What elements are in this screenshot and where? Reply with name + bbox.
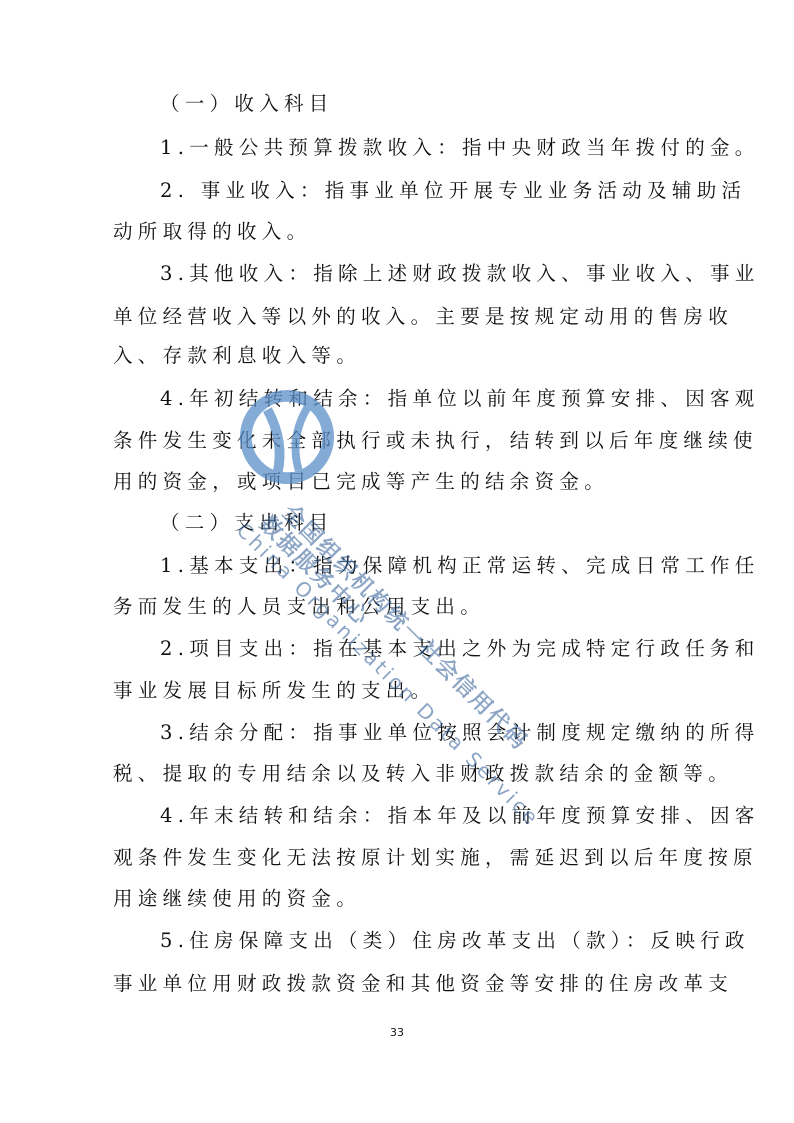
text-line: 用的资金，或项目已完成等产生的结余资金。	[113, 470, 609, 494]
page-number: 33	[0, 1026, 794, 1039]
text-line: 1.基本支出：指为保障机构正常运转、完成日常工作任	[160, 554, 760, 578]
text-line: 税、提取的专用结余以及转入非财政拨款结余的金额等。	[113, 762, 733, 786]
text-line: 2.项目支出：指在基本支出之外为完成特定行政任务和	[160, 637, 760, 661]
text-line: 单位经营收入等以外的收入。主要是按规定动用的售房收	[113, 305, 733, 329]
text-line: 事业发展目标所发生的支出。	[113, 679, 435, 703]
text-line: 3.其他收入：指除上述财政拨款收入、事业收入、事业	[160, 262, 760, 286]
text-line: 5.住房保障支出（类）住房改革支出（款）：反映行政	[160, 929, 750, 953]
text-line: 4.年初结转和结余：指单位以前年度预算安排、因客观	[160, 387, 760, 411]
text-line: （二）支出科目	[160, 511, 334, 535]
watermark-line1: 全国组织机构统一社会信用代码	[276, 497, 536, 757]
text-line: 条件发生变化未全部执行或未执行，结转到以后年度继续使	[113, 429, 758, 453]
text-line: 3.结余分配：指事业单位按照会计制度规定缴纳的所得	[160, 721, 760, 745]
text-line: 1.一般公共预算拨款收入：指中央财政当年拨付的金。	[160, 136, 760, 160]
text-line: 事业单位用财政拨款资金和其他资金等安排的住房改革支	[113, 972, 733, 996]
text-line: （一）收入科目	[160, 92, 334, 116]
text-line: 入、存款利息收入等。	[113, 344, 361, 368]
text-line: 4.年末结转和结余：指本年及以前年度预算安排、因客	[160, 804, 760, 828]
document-page: （一）收入科目1.一般公共预算拨款收入：指中央财政当年拨付的金。2. 事业收入：…	[0, 0, 794, 1123]
text-line: 务而发生的人员支出和公用支出。	[113, 595, 485, 619]
text-line: 用途继续使用的资金。	[113, 887, 361, 911]
text-line: 动所取得的收入。	[113, 220, 311, 244]
text-line: 观条件发生变化无法按原计划实施，需延迟到以后年度按原	[113, 846, 758, 870]
text-line: 2. 事业收入：指事业单位开展专业业务活动及辅助活	[160, 179, 746, 203]
